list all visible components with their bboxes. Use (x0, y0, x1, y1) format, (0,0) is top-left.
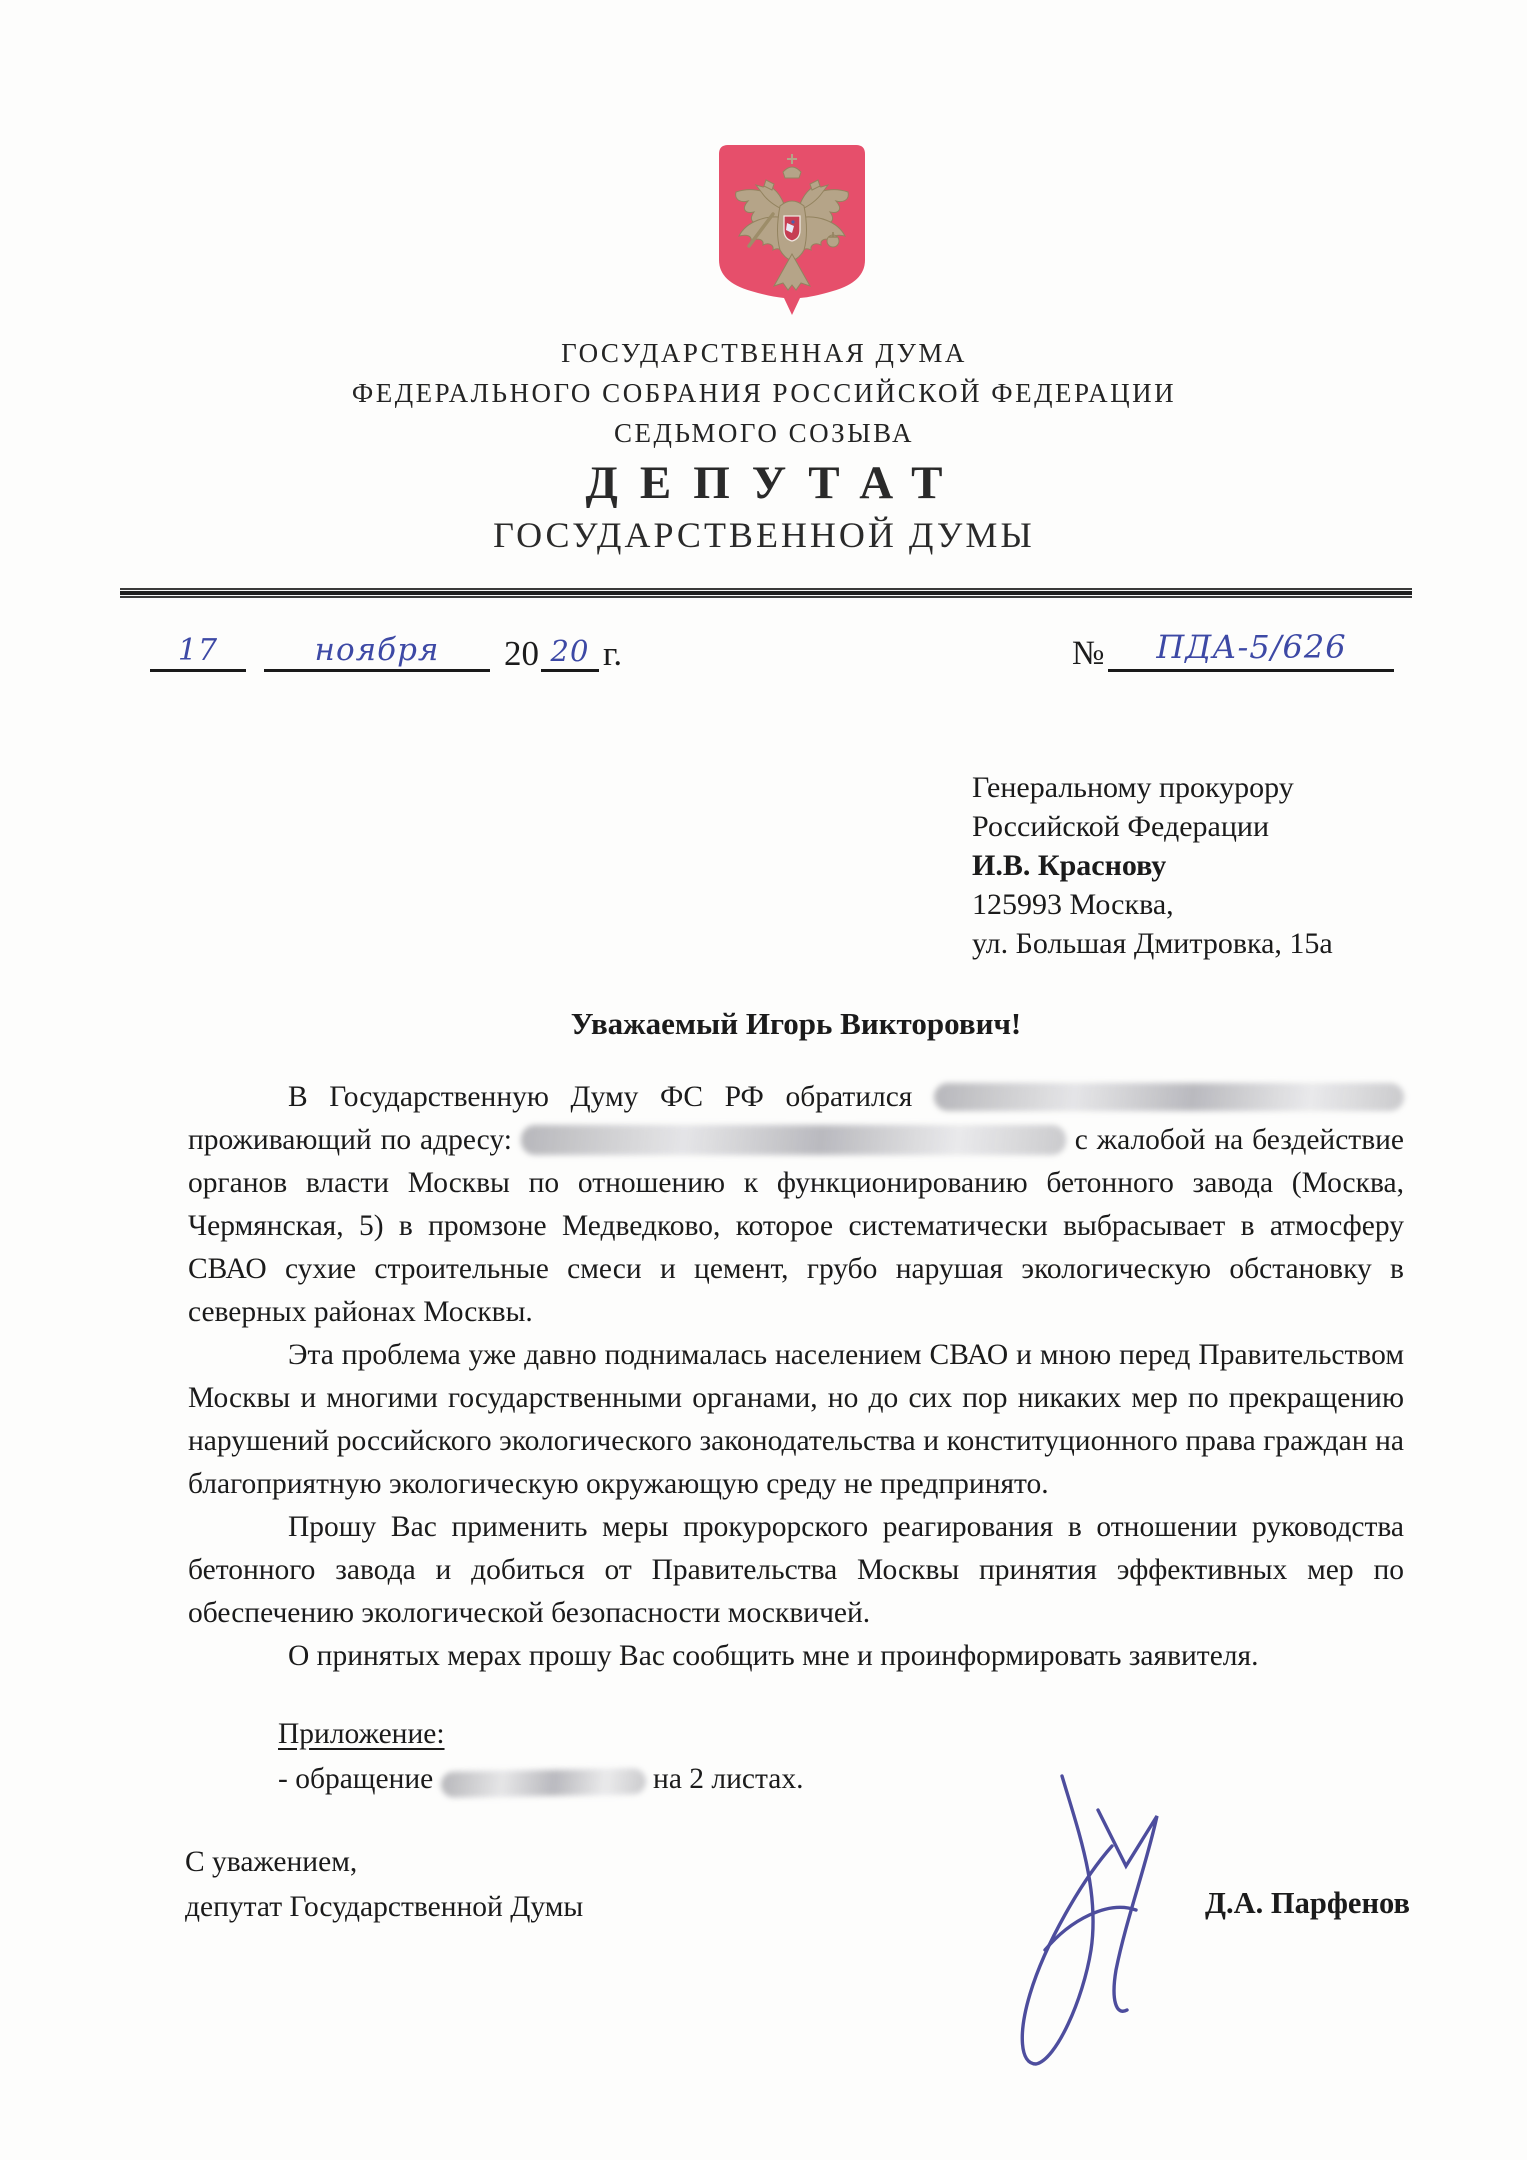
document-number-line: № ПДА-5/626 (1072, 618, 1394, 672)
recipient-line: ул. Большая Дмитровка, 15а (972, 924, 1333, 963)
recipient-name: И.В. Краснову (972, 846, 1333, 885)
letterhead-divider-rule (120, 588, 1412, 599)
recipient-line: 125993 Москва, (972, 885, 1333, 924)
handwritten-doc-number: ПДА-5/626 (1108, 628, 1394, 672)
closing-position: депутат Государственной Думы (185, 1885, 583, 1930)
attachment-item-text: - обращение (278, 1763, 433, 1795)
org-name-line2: ФЕДЕРАЛЬНОГО СОБРАНИЯ РОССИЙСКОЙ ФЕДЕРАЦ… (128, 378, 1400, 409)
handwritten-signature (950, 1768, 1210, 2083)
p1-text-a: В Государственную Думу ФС РФ обратился (288, 1081, 912, 1113)
org-name-line1: ГОСУДАРСТВЕННАЯ ДУМА (128, 338, 1400, 369)
attachment-block: Приложение: - обращение на 2 листах. (278, 1712, 803, 1802)
letter-title-deputy: ДЕПУТАТ (128, 456, 1400, 510)
org-name-line3: СЕДЬМОГО СОЗЫВА (128, 418, 1400, 449)
year-suffix: г. (599, 636, 622, 672)
handwritten-year: 20 (541, 634, 599, 672)
letter-body: В Государственную Думу ФС РФ обратился п… (188, 1076, 1404, 1678)
handwritten-day: 17 (150, 633, 246, 672)
paragraph-2: Эта проблема уже давно поднималась насел… (188, 1334, 1404, 1506)
attachment-heading: Приложение: (278, 1718, 445, 1750)
date-line: 17 ноября 20 20 г. (150, 618, 622, 672)
printed-century: 20 (498, 636, 541, 672)
redaction-blur-attachment (440, 1768, 645, 1798)
recipient-block: Генеральному прокурору Российской Федера… (972, 768, 1333, 963)
closing-block: С уважением, депутат Государственной Дум… (185, 1840, 583, 1930)
scanned-letter-page: ГОСУДАРСТВЕННАЯ ДУМА ФЕДЕРАЛЬНОГО СОБРАН… (0, 0, 1527, 2160)
handwritten-month: ноября (264, 632, 490, 672)
number-sign: № (1072, 637, 1108, 672)
paragraph-1: В Государственную Думу ФС РФ обратился п… (188, 1076, 1404, 1334)
redaction-blur-address (521, 1125, 1066, 1155)
paragraph-4: О принятых мерах прошу Вас сообщить мне … (188, 1635, 1404, 1678)
recipient-line: Российской Федерации (972, 807, 1333, 846)
redaction-blur-applicant-name (934, 1083, 1404, 1111)
salutation: Уважаемый Игорь Викторович! (188, 1006, 1404, 1042)
recipient-line: Генеральному прокурору (972, 768, 1333, 807)
russia-coat-of-arms (716, 142, 868, 320)
p1-text-b: проживающий по адресу: (188, 1124, 512, 1156)
closing-regards: С уважением, (185, 1840, 583, 1885)
letter-title-duma: ГОСУДАРСТВЕННОЙ ДУМЫ (128, 514, 1400, 556)
signer-name: Д.А. Парфенов (1090, 1886, 1410, 1921)
attachment-item-pages: на 2 листах. (653, 1763, 803, 1795)
paragraph-3: Прошу Вас применить меры прокурорского р… (188, 1506, 1404, 1635)
